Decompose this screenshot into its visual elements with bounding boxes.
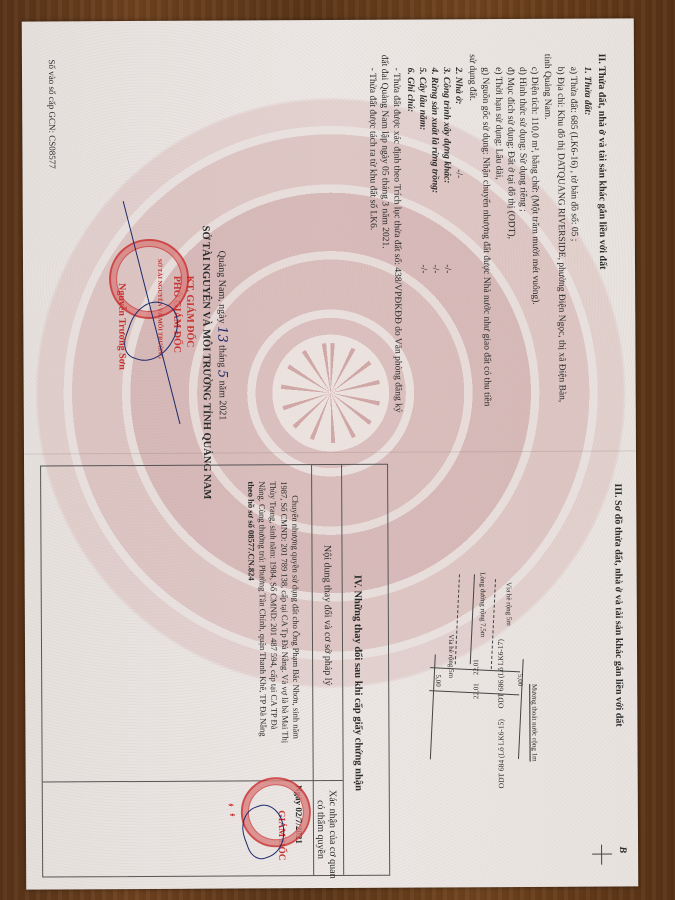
change-entry-line-4: Nẵng. Cùng thường trú: Phường Tân Chính,… <box>256 481 268 736</box>
field-origin: g) Nguồn gốc sử dụng: Nhận chuyển nhượng… <box>479 67 493 406</box>
change-entry-line-2: 1987, Số CMND: 201 789 138, cấp tại CA T… <box>278 481 290 743</box>
col-header-authority: Xác nhận của cơ quan <box>326 790 338 879</box>
house-value: -/- <box>453 169 465 178</box>
field-address: b) Địa chỉ: Khu đô thị DATQUANG RIVERSID… <box>554 67 568 403</box>
note-2: - Thửa đất được tách ra từ khu đất số LK… <box>366 68 379 231</box>
forest-value: -/- <box>429 264 441 273</box>
neighbor-parcel-2: ODT 686 (Lô LK6-17) <box>495 639 507 708</box>
road-carriageway: Lòng đường rộng 7,5m <box>477 572 489 637</box>
section2-sub2: 2. Nhà ở: <box>452 67 464 104</box>
issue-month: 5 <box>215 370 230 378</box>
width-top: 5,00 <box>432 674 444 686</box>
col-header-authority-cont: có thẩm quyền <box>314 800 326 859</box>
length-left: 22,01 <box>470 659 482 675</box>
section2-sub6: 6. Ghi chú: <box>404 68 416 113</box>
field-usage-purpose: đ) Mục đích sử dụng: Đất ở tại đô thị (O… <box>504 67 517 239</box>
field-usage-form: d) Hình thức sử dụng: Sử dụng riêng ; <box>516 67 529 212</box>
field-area: c) Diện tích: 110,0 m², bằng chữ: (Một t… <box>528 67 541 305</box>
issuing-agency: SỞ TÀI NGUYÊN VÀ MÔI TRƯỜNG TỈNH QUẢNG N… <box>199 226 212 500</box>
field-address-cont: tỉnh Quảng Nam. <box>541 54 553 120</box>
section3-heading: III. Sơ đồ thửa đất, nhà ở và tài sản kh… <box>611 483 624 726</box>
field-origin-cont: sử dụng đất. <box>466 54 478 101</box>
plot-diagram: Vỉa hè rộng 5m Lòng đường rộng 7,5m Vỉa … <box>22 18 634 21</box>
field-parcel: a) Thửa đất: 685 (LK6-16) , tờ bản đồ số… <box>567 67 580 242</box>
north-label: B <box>616 846 628 853</box>
note-1-cont: đất đai Quảng Nam lập ngày 05 tháng 3 nă… <box>378 55 391 249</box>
road-sidewalk-2: Vỉa hè rộng 5m <box>445 634 457 678</box>
branch-signer-mark: ⌁⌁ <box>225 800 240 822</box>
construction-value: -/- <box>441 264 453 273</box>
star-watermark <box>280 343 381 444</box>
drain-label: Mương thoát nước rộng 1m <box>528 684 540 762</box>
change-entry-line-5: theo hồ sơ số 08577.CN.824 <box>245 481 257 580</box>
issue-date: Quảng Nam, ngày 13 tháng 5 năm 2021 <box>215 251 228 421</box>
change-entry-line-3: Thùy Trang, sinh năm: 1984, Số CMND: 201… <box>267 481 279 729</box>
section2-sub3: 3. Công trình xây dựng khác: <box>440 67 453 183</box>
field-usage-term: e) Thời hạn sử dụng: Lâu dài, <box>492 67 505 180</box>
neighbor-parcel-1: ODT 684 (Lô LK6-15) <box>495 719 507 788</box>
perennial-value: -/- <box>417 264 429 273</box>
changes-table: IV. Những thay đổi sau khi cấp giấy chứn… <box>40 464 390 878</box>
issue-day: 13 <box>214 326 229 343</box>
road-sidewalk-1: Vỉa hè rộng 5m <box>503 582 515 626</box>
length-right: 22,01 <box>470 683 482 699</box>
section2-sub1: 1. Thửa đất: <box>581 67 593 116</box>
change-entry-line-1: Chuyển nhượng quyền sử dụng đất cho Ông … <box>289 495 301 739</box>
paper-fold <box>24 450 636 454</box>
signer-name: Nguyễn Trường Sơn <box>115 283 127 370</box>
section2-sub5: 5. Cây lâu năm: <box>416 67 428 130</box>
section2-heading: II. Thửa đất, nhà ở và tài sản khác gắn … <box>595 54 608 270</box>
north-arrow-icon <box>592 845 612 865</box>
section4-heading: IV. Những thay đổi sau khi cấp giấy chứn… <box>351 575 364 791</box>
note-1: - Thửa đất được xác định theo Trích lục … <box>390 68 404 413</box>
register-number: Số vào sổ cấp GCN: CS08577 <box>46 59 59 168</box>
width-bottom: 5,00 <box>514 674 526 686</box>
land-certificate-page: II. Thửa đất, nhà ở và tài sản khác gắn … <box>22 18 639 889</box>
section2-sub4: 4. Rừng sản xuất là rừng trồng: <box>428 67 441 193</box>
col-header-content: Nội dung thay đổi và cơ sở pháp lý <box>320 545 333 686</box>
